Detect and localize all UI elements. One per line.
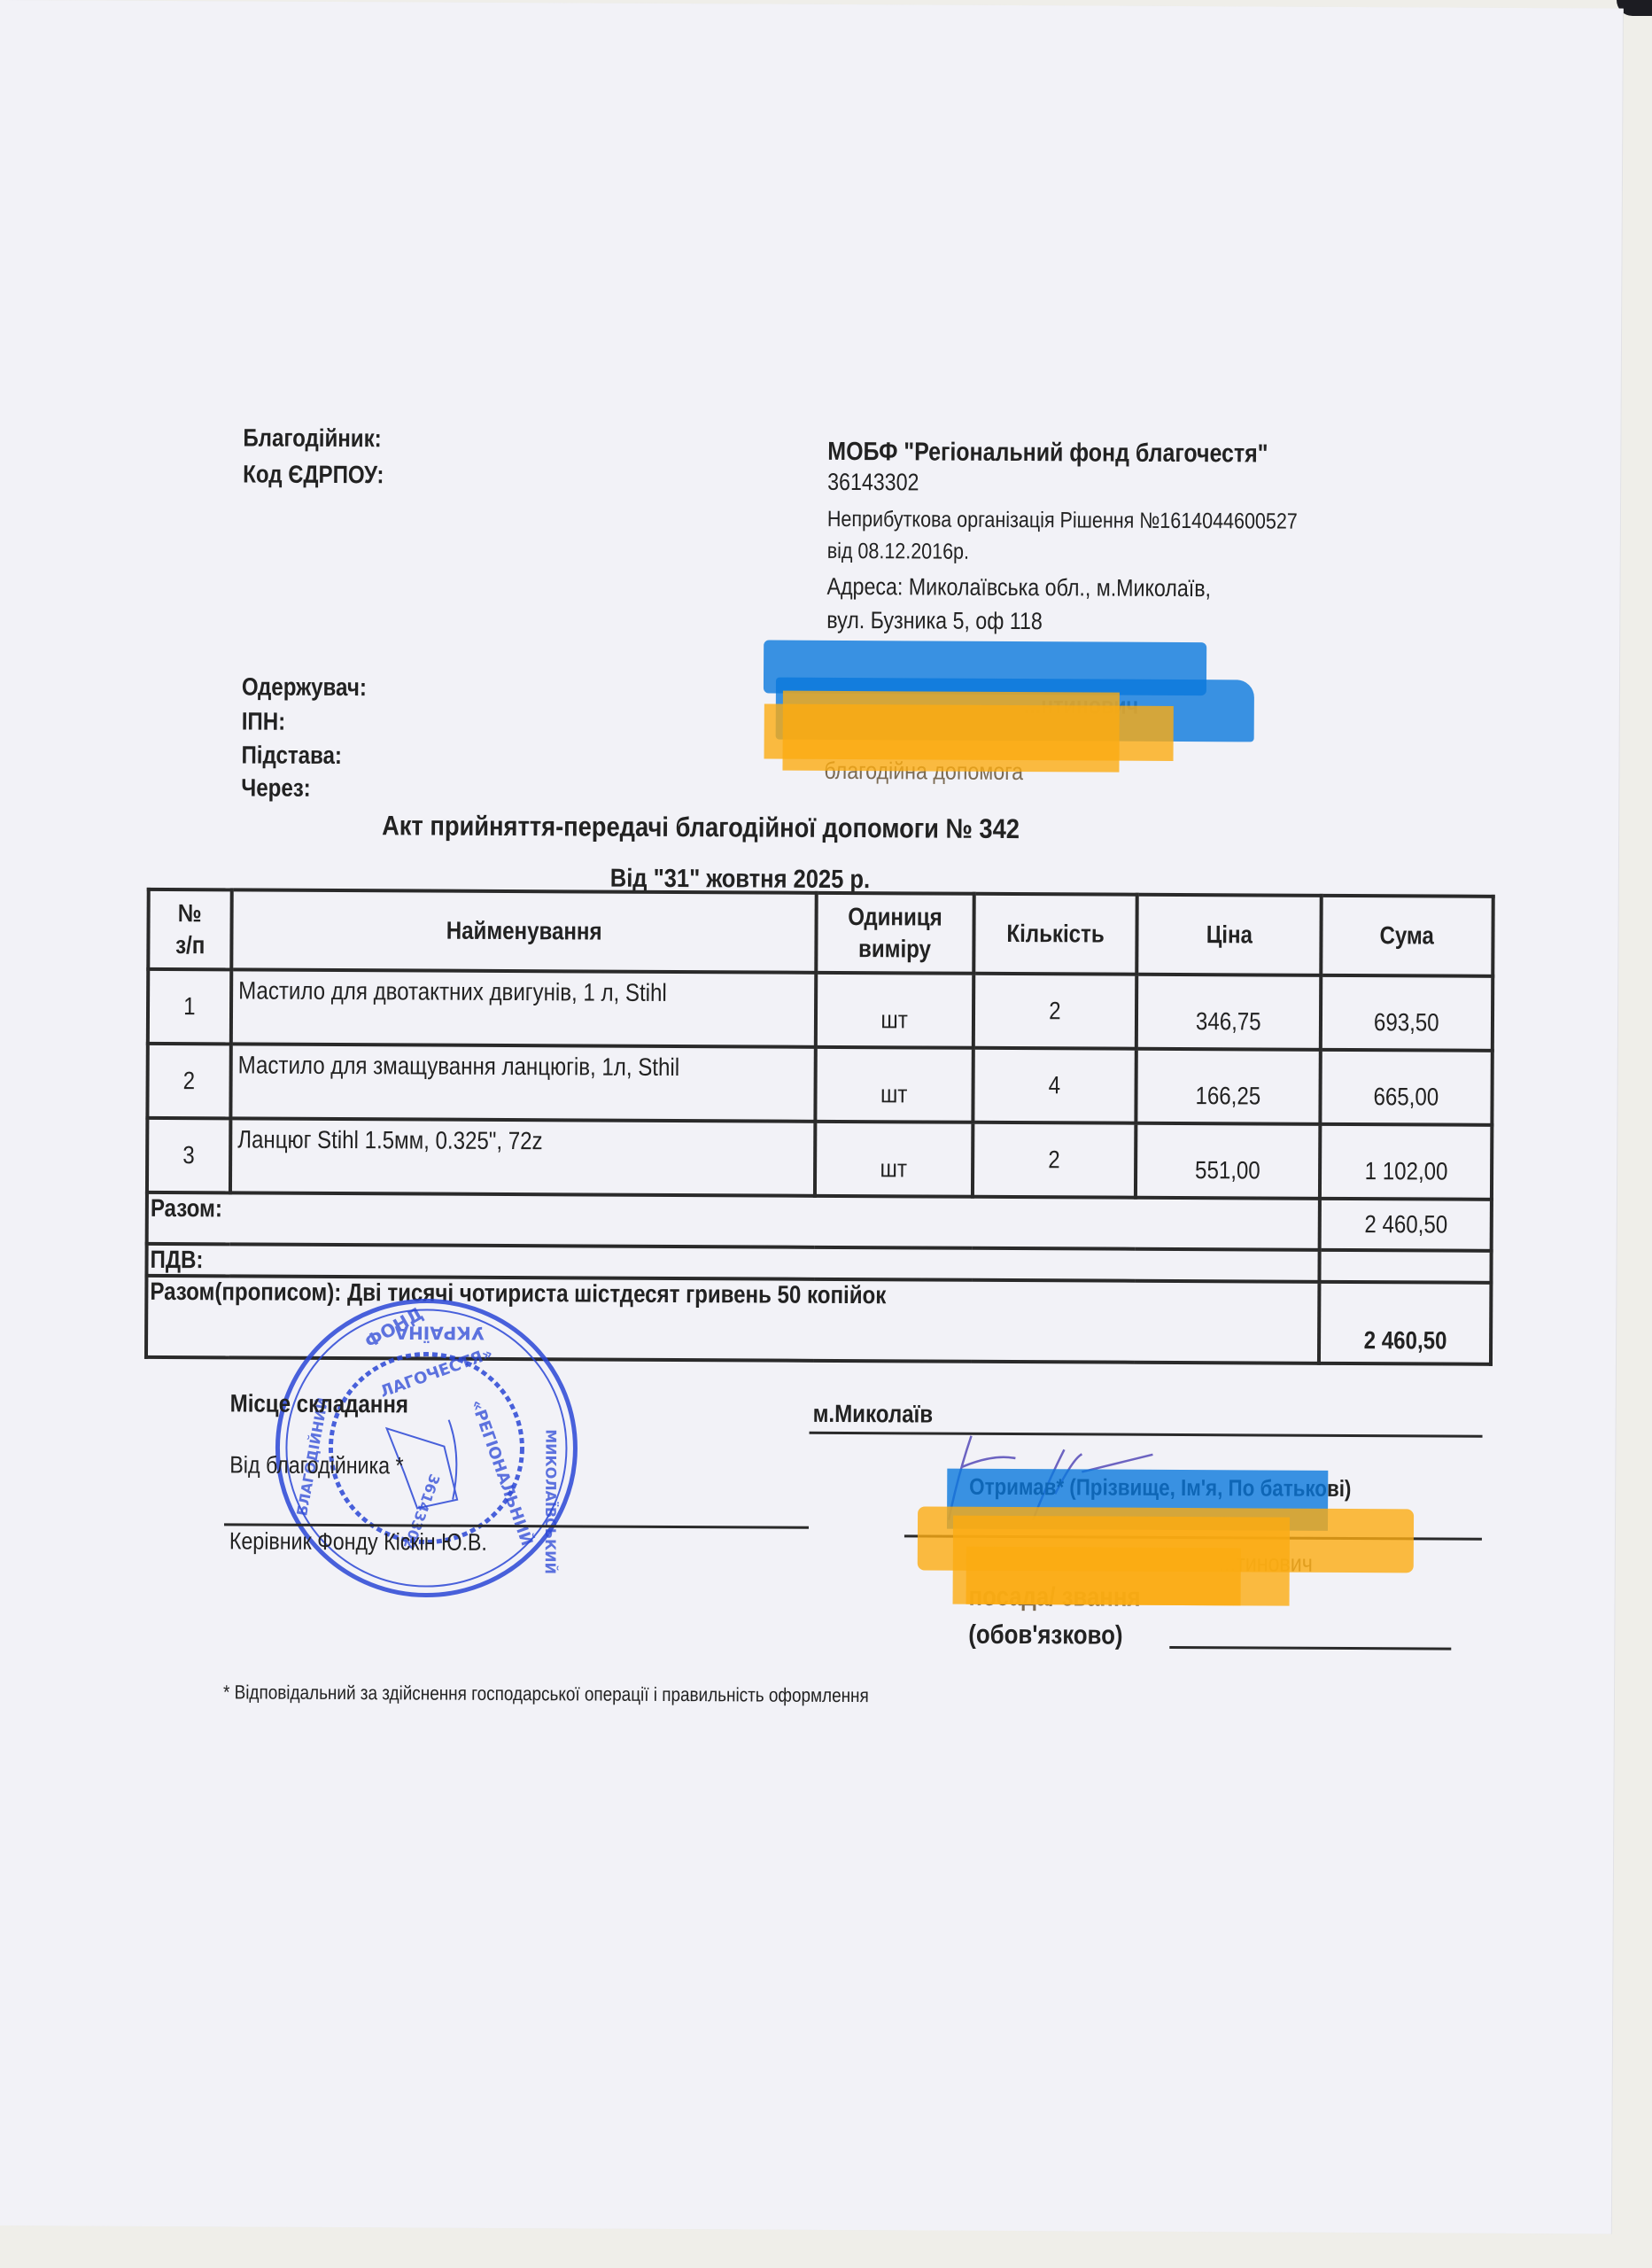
table-header-row: №з/п Найменування Одиницявиміру Кількіст… bbox=[148, 889, 1493, 976]
row-num: 2 bbox=[147, 1044, 230, 1118]
row-price: 166,25 bbox=[1136, 1049, 1320, 1124]
edrpou-value: 36143302 bbox=[827, 469, 919, 497]
document-page: Благодійник: Код ЄДРПОУ: МОБФ "Регіональ… bbox=[0, 0, 1623, 2234]
total-row: Разом: 2 460,50 bbox=[147, 1192, 1492, 1251]
items-table: №з/п Найменування Одиницявиміру Кількіст… bbox=[144, 888, 1495, 1366]
row-name: Ланцюг Stihl 1.5мм, 0.325", 72z bbox=[230, 1118, 815, 1195]
from-donor-label: Від благодійника * bbox=[229, 1451, 403, 1480]
table-row: 1 Мастило для двотактних двигунів, 1 л, … bbox=[148, 969, 1493, 1051]
row-qty: 4 bbox=[973, 1048, 1136, 1123]
table-row: 2 Мастило для змащування ланцюгів, 1л, S… bbox=[147, 1044, 1492, 1125]
svg-text:УКРАЇНА: УКРАЇНА bbox=[394, 1322, 485, 1344]
col-price-header: Ціна bbox=[1136, 895, 1321, 975]
vat-value bbox=[1319, 1250, 1491, 1283]
row-name: Мастило для двотактних двигунів, 1 л, St… bbox=[231, 969, 816, 1046]
row-unit: шт bbox=[815, 1122, 973, 1197]
donor-name: МОБФ "Регіональний фонд благочестя" bbox=[827, 438, 1268, 470]
nonprofit-date: від 08.12.2016р. bbox=[827, 539, 969, 565]
mandatory-label: (обов'язково) bbox=[968, 1620, 1122, 1651]
footnote: * Відповідальний за здійснення господарс… bbox=[223, 1681, 869, 1707]
director-label: Керівник Фонду Кіскін Ю.В. bbox=[229, 1527, 487, 1557]
row-sum: 665,00 bbox=[1320, 1050, 1492, 1125]
total-in-words-value: 2 460,50 bbox=[1319, 1282, 1491, 1364]
row-price: 551,00 bbox=[1136, 1123, 1320, 1199]
recipient-label: Одержувач: bbox=[242, 672, 367, 702]
redaction-yellow bbox=[966, 1547, 1241, 1606]
total-label: Разом: bbox=[147, 1192, 1320, 1250]
row-price: 346,75 bbox=[1136, 975, 1321, 1050]
row-num: 3 bbox=[147, 1118, 230, 1192]
ipn-label: ІПН: bbox=[242, 707, 286, 735]
col-qty-header: Кількість bbox=[973, 894, 1136, 975]
nonprofit-decision: Неприбуткова організація Рішення №161404… bbox=[827, 507, 1298, 535]
position-underline bbox=[1169, 1646, 1451, 1651]
via-label: Через: bbox=[241, 773, 311, 802]
row-unit: шт bbox=[816, 973, 973, 1048]
col-name-header: Найменування bbox=[231, 889, 816, 972]
row-num: 1 bbox=[148, 969, 231, 1044]
table-row: 3 Ланцюг Stihl 1.5мм, 0.325", 72z шт 2 5… bbox=[147, 1118, 1492, 1200]
row-qty: 2 bbox=[973, 974, 1136, 1049]
document-title: Акт прийняття-передачі благодійної допом… bbox=[382, 810, 1020, 845]
col-sum-header: Сума bbox=[1321, 896, 1493, 976]
row-sum: 1 102,00 bbox=[1320, 1124, 1492, 1200]
basis-label: Підстава: bbox=[241, 741, 342, 770]
address-line-1: Адреса: Миколаївська обл., м.Миколаїв, bbox=[826, 573, 1211, 602]
col-unit-header: Одиницявиміру bbox=[816, 893, 973, 974]
total-value: 2 460,50 bbox=[1320, 1199, 1492, 1251]
row-name: Мастило для змащування ланцюгів, 1л, Sth… bbox=[230, 1044, 815, 1121]
edrpou-label: Код ЄДРПОУ: bbox=[243, 460, 384, 489]
place-value: м.Миколаїв bbox=[813, 1400, 934, 1429]
row-qty: 2 bbox=[973, 1122, 1136, 1198]
redaction-yellow bbox=[782, 691, 1119, 773]
address-line-2: вул. Бузника 5, оф 118 bbox=[826, 607, 1043, 635]
row-unit: шт bbox=[815, 1047, 973, 1122]
row-sum: 693,50 bbox=[1321, 975, 1493, 1051]
donor-label: Благодійник: bbox=[243, 423, 381, 453]
place-label: Місце складання bbox=[230, 1389, 408, 1418]
col-num-header: №з/п bbox=[148, 889, 231, 969]
svg-text:МИКОЛАЇВСЬКИЙ: МИКОЛАЇВСЬКИЙ bbox=[542, 1429, 560, 1574]
